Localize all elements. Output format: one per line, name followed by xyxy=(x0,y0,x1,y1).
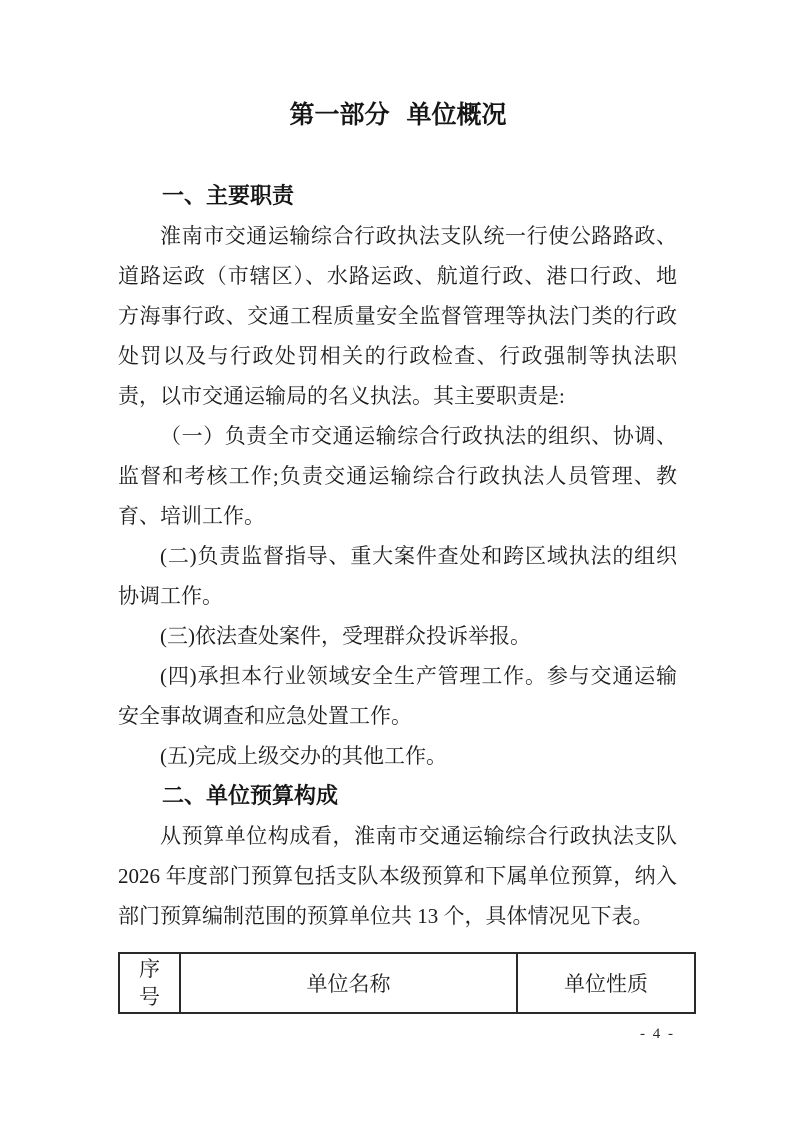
text-line: (三)依法查处案件，受理群众投诉举报。 xyxy=(118,616,677,656)
text-line: (四)承担本行业领域安全生产管理工作。参与交通运输 xyxy=(118,656,677,696)
table-header-label: 单位名称 xyxy=(307,972,391,996)
document-body: 一、主要职责淮南市交通运输综合行政执法支队统一行使公路路政、道路运政（市辖区）、… xyxy=(118,176,677,936)
table-header-label: 序号 xyxy=(138,955,161,1011)
table-header-cell: 序号 xyxy=(119,953,180,1013)
text-line: 道路运政（市辖区）、水路运政、航道行政、港口行政、地 xyxy=(118,256,677,296)
budget-units-table: 序号单位名称单位性质 xyxy=(118,952,696,1014)
text-line: (五)完成上级交办的其他工作。 xyxy=(118,736,677,776)
text-line: 方海事行政、交通工程质量安全监督管理等执法门类的行政 xyxy=(118,296,677,336)
table-header-cell: 单位名称 xyxy=(180,953,517,1013)
text-line: 从预算单位构成看，淮南市交通运输综合行政执法支队 xyxy=(118,816,677,856)
table-header-row: 序号单位名称单位性质 xyxy=(119,953,695,1013)
text-line: 部门预算编制范围的预算单位共 13 个，具体情况见下表。 xyxy=(118,896,677,936)
document-page: 第一部分 单位概况 一、主要职责淮南市交通运输综合行政执法支队统一行使公路路政、… xyxy=(0,0,793,1122)
text-line: (二)负责监督指导、重大案件查处和跨区域执法的组织 xyxy=(118,536,677,576)
table-header-label: 单位性质 xyxy=(564,972,648,996)
text-line: 监督和考核工作;负责交通运输综合行政执法人员管理、教 xyxy=(118,456,677,496)
table-header-cell: 单位性质 xyxy=(517,953,695,1013)
page-number: - 4 - xyxy=(640,1026,675,1043)
section-heading: 二、单位预算构成 xyxy=(118,776,677,816)
text-line: 淮南市交通运输综合行政执法支队统一行使公路路政、 xyxy=(118,216,677,256)
text-line: （一）负责全市交通运输综合行政执法的组织、协调、 xyxy=(118,416,677,456)
text-line: 责，以市交通运输局的名义执法。其主要职责是: xyxy=(118,376,677,416)
text-line: 处罚以及与行政处罚相关的行政检查、行政强制等执法职 xyxy=(118,336,677,376)
text-line: 协调工作。 xyxy=(118,576,677,616)
document-title: 第一部分 单位概况 xyxy=(118,99,678,131)
text-line: 安全事故调查和应急处置工作。 xyxy=(118,696,677,736)
text-line: 育、培训工作。 xyxy=(118,496,677,536)
section-heading: 一、主要职责 xyxy=(118,176,677,216)
text-line: 2026 年度部门预算包括支队本级预算和下属单位预算，纳入 xyxy=(118,856,677,896)
